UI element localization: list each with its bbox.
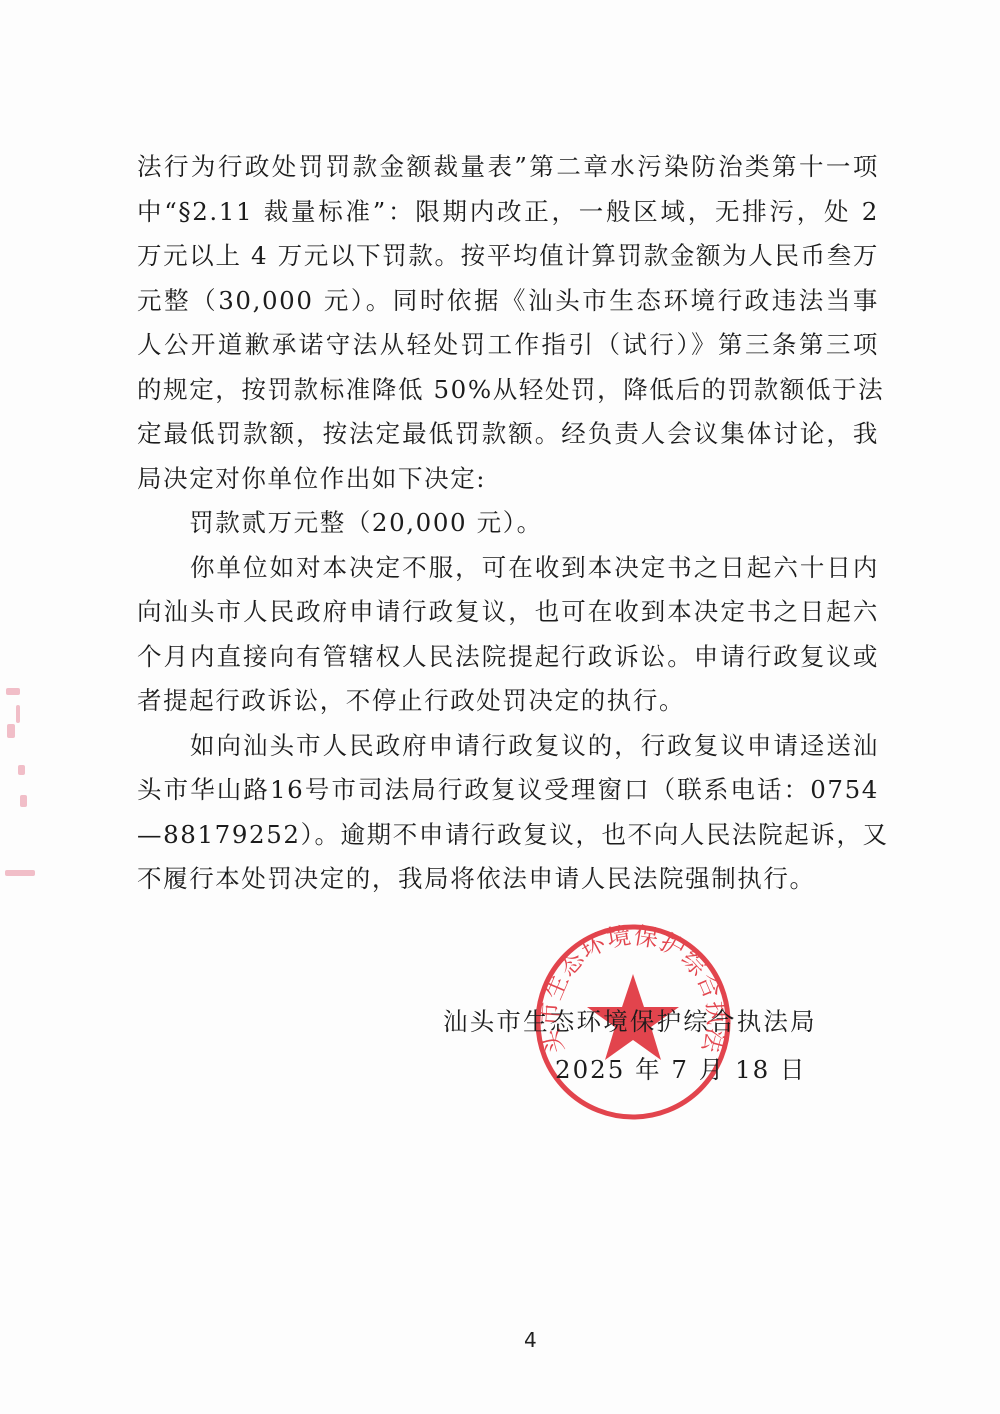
- body-line: 你单位如对本决定不服，可在收到本决定书之日起六十日内: [137, 546, 879, 591]
- document-page: 法行为行政处罚罚款金额裁量表”第二章水污染防治类第十一项 中“§2.11 裁量标…: [0, 0, 1000, 1414]
- body-line: 的规定，按罚款标准降低 50%从轻处罚，降低后的罚款额低于法: [137, 368, 879, 413]
- margin-stamp-fragment: [16, 705, 20, 723]
- body-line: 定最低罚款额，按法定最低罚款额。经负责人会议集体讨论，我: [137, 412, 879, 457]
- body-line: 如向汕头市人民政府申请行政复议的，行政复议申请迳送汕: [137, 724, 879, 769]
- body-line: —88179252）。逾期不申请行政复议，也不向人民法院起诉，又: [137, 813, 879, 858]
- body-line: 向汕头市人民政府申请行政复议，也可在收到本决定书之日起六: [137, 590, 879, 635]
- body-line: 法行为行政处罚罚款金额裁量表”第二章水污染防治类第十一项: [137, 145, 879, 190]
- body-line: 者提起行政诉讼，不停止行政处罚决定的执行。: [137, 679, 879, 724]
- body-line: 人公开道歉承诺守法从轻处罚工作指引（试行）》第三条第三项: [137, 323, 879, 368]
- body-line: 中“§2.11 裁量标准”：限期内改正，一般区域，无排污，处 2: [137, 190, 879, 235]
- penalty-line: 罚款贰万元整（20,000 元）。: [137, 501, 879, 546]
- page-number: 4: [524, 1328, 537, 1352]
- body-line: 头市华山路16号市司法局行政复议受理窗口（联系电话：0754: [137, 768, 879, 813]
- decision-body: 法行为行政处罚罚款金额裁量表”第二章水污染防治类第十一项 中“§2.11 裁量标…: [137, 145, 879, 902]
- body-line: 个月内直接向有管辖权人民法院提起行政诉讼。申请行政复议或: [137, 635, 879, 680]
- issue-date: 2025 年 7 月 18 日: [555, 1051, 807, 1086]
- margin-stamp-fragment: [20, 795, 27, 807]
- margin-stamp-fragment: [7, 724, 15, 738]
- body-line: 不履行本处罚决定的，我局将依法申请人民法院强制执行。: [137, 857, 879, 902]
- margin-stamp-fragment: [5, 870, 35, 876]
- issuer-name: 汕头市生态环境保护综合执法局: [443, 1003, 817, 1038]
- margin-stamp-fragment: [18, 765, 25, 775]
- margin-stamp-fragment: [6, 688, 20, 695]
- body-line: 元整（30,000 元）。同时依据《汕头市生态环境行政违法当事: [137, 279, 879, 324]
- body-line: 局决定对你单位作出如下决定:: [137, 457, 879, 502]
- body-line: 万元以上 4 万元以下罚款。按平均值计算罚款金额为人民币叁万: [137, 234, 879, 279]
